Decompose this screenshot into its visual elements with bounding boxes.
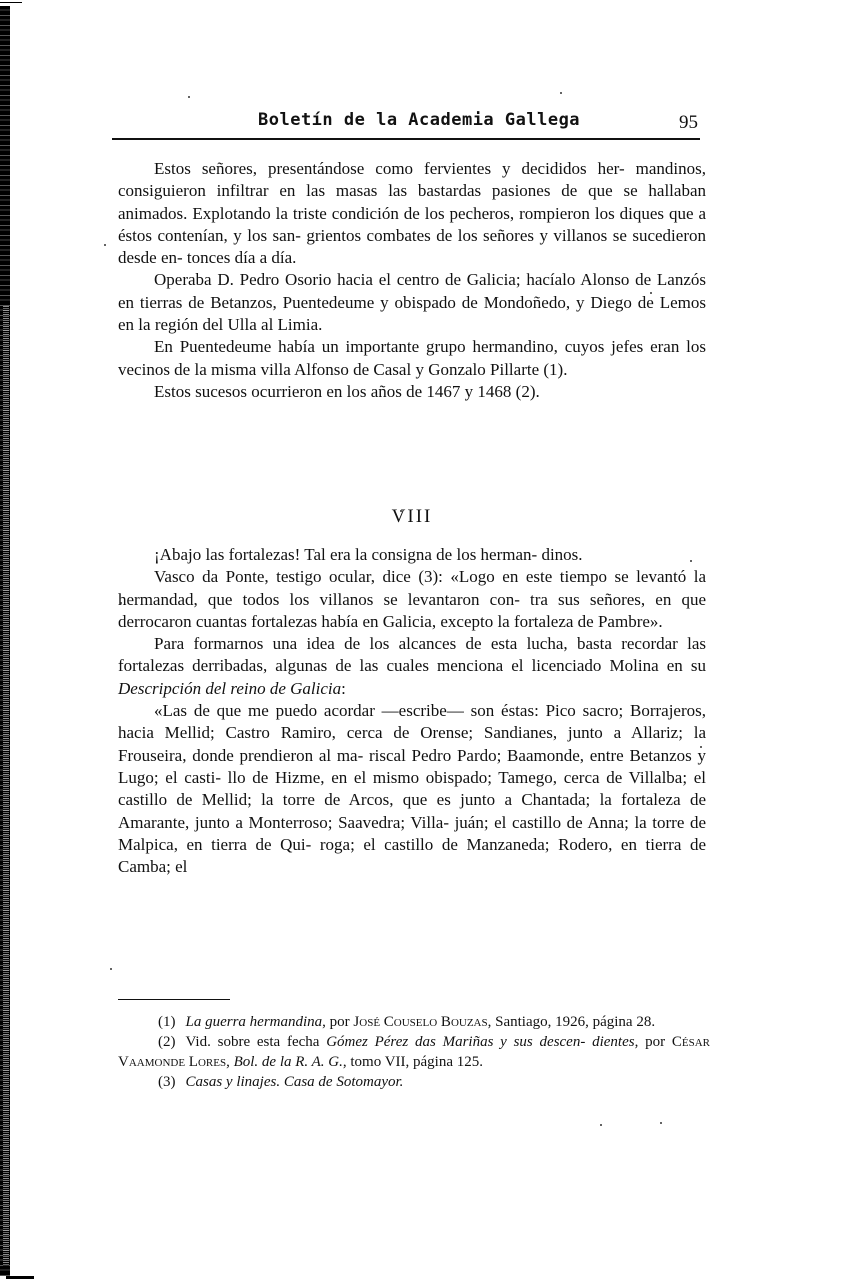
footnote-text: , por (322, 1014, 353, 1030)
paragraph: «Las de que me puedo acordar —escribe— s… (118, 700, 706, 878)
cited-title: Gómez Pérez das Mariñas y sus descen- di… (326, 1034, 634, 1050)
section-heading: VIII (118, 506, 706, 528)
paragraph: En Puentedeume había un importante grupo… (118, 336, 706, 381)
page-number: 95 (679, 112, 698, 134)
footnote-divider (118, 999, 230, 1000)
book-title: Descripción del reino de Galicia (118, 679, 341, 698)
paragraph: ¡Abajo las fortalezas! Tal era la consig… (118, 544, 706, 566)
scan-edge-bottom (6, 1276, 34, 1279)
footnote-text: Vid. sobre esta fecha (186, 1034, 327, 1050)
footnote-text: , (226, 1054, 234, 1070)
scan-speck (690, 560, 692, 562)
scan-speck (560, 92, 562, 94)
footnote-3: (3)Casas y linajes. Casa de Sotomayor. (118, 1072, 710, 1092)
paragraph: Operaba D. Pedro Osorio hacia el centro … (118, 269, 706, 336)
footnote-text: , por (635, 1034, 672, 1050)
footnote-1: (1)La guerra hermandina, por José Cousel… (118, 1012, 710, 1032)
scan-speck (104, 244, 106, 246)
paragraph-text: : (341, 679, 346, 698)
running-header: Boletín de la Academia Gallega 95 (112, 108, 700, 140)
footnote-number: (1) (158, 1014, 176, 1030)
paragraph: Estos señores, presentándose como fervie… (118, 158, 706, 269)
section-2-body: ¡Abajo las fortalezas! Tal era la consig… (118, 544, 706, 878)
paragraph-text: Para formarnos una idea de los alcances … (118, 634, 706, 675)
journal-title: Boletín de la Academia Gallega (258, 110, 580, 130)
section-1-body: Estos señores, presentándose como fervie… (118, 158, 706, 403)
paragraph: Para formarnos una idea de los alcances … (118, 633, 706, 700)
cited-journal: Bol. de la R. A. G. (234, 1054, 343, 1070)
scan-speck (700, 746, 702, 748)
scan-speck (600, 1124, 602, 1126)
scan-speck (650, 292, 652, 294)
paragraph: Vasco da Ponte, testigo ocular, dice (3)… (118, 566, 706, 633)
footnote-number: (2) (158, 1034, 176, 1050)
cited-author: José Couselo Bouzas (353, 1014, 487, 1030)
footnotes: (1)La guerra hermandina, por José Cousel… (118, 1012, 710, 1092)
footnote-text: , Santiago, 1926, página 28. (488, 1014, 655, 1030)
scan-speck (400, 510, 402, 512)
scan-speck (120, 602, 122, 604)
paragraph: Estos sucesos ocurrieron en los años de … (118, 381, 706, 403)
scan-speck (660, 1122, 662, 1124)
book-binding-edge (0, 6, 10, 1276)
scan-speck (110, 968, 112, 970)
cited-title: Casas y linajes. Casa de Sotomayor. (186, 1074, 404, 1090)
scan-speck (188, 96, 190, 98)
footnote-text: , tomo VII, página 125. (343, 1054, 483, 1070)
cited-title: La guerra hermandina (186, 1014, 323, 1030)
scan-edge-top (0, 2, 22, 3)
footnote-2: (2)Vid. sobre esta fecha Gómez Pérez das… (118, 1032, 710, 1072)
footnote-number: (3) (158, 1074, 176, 1090)
